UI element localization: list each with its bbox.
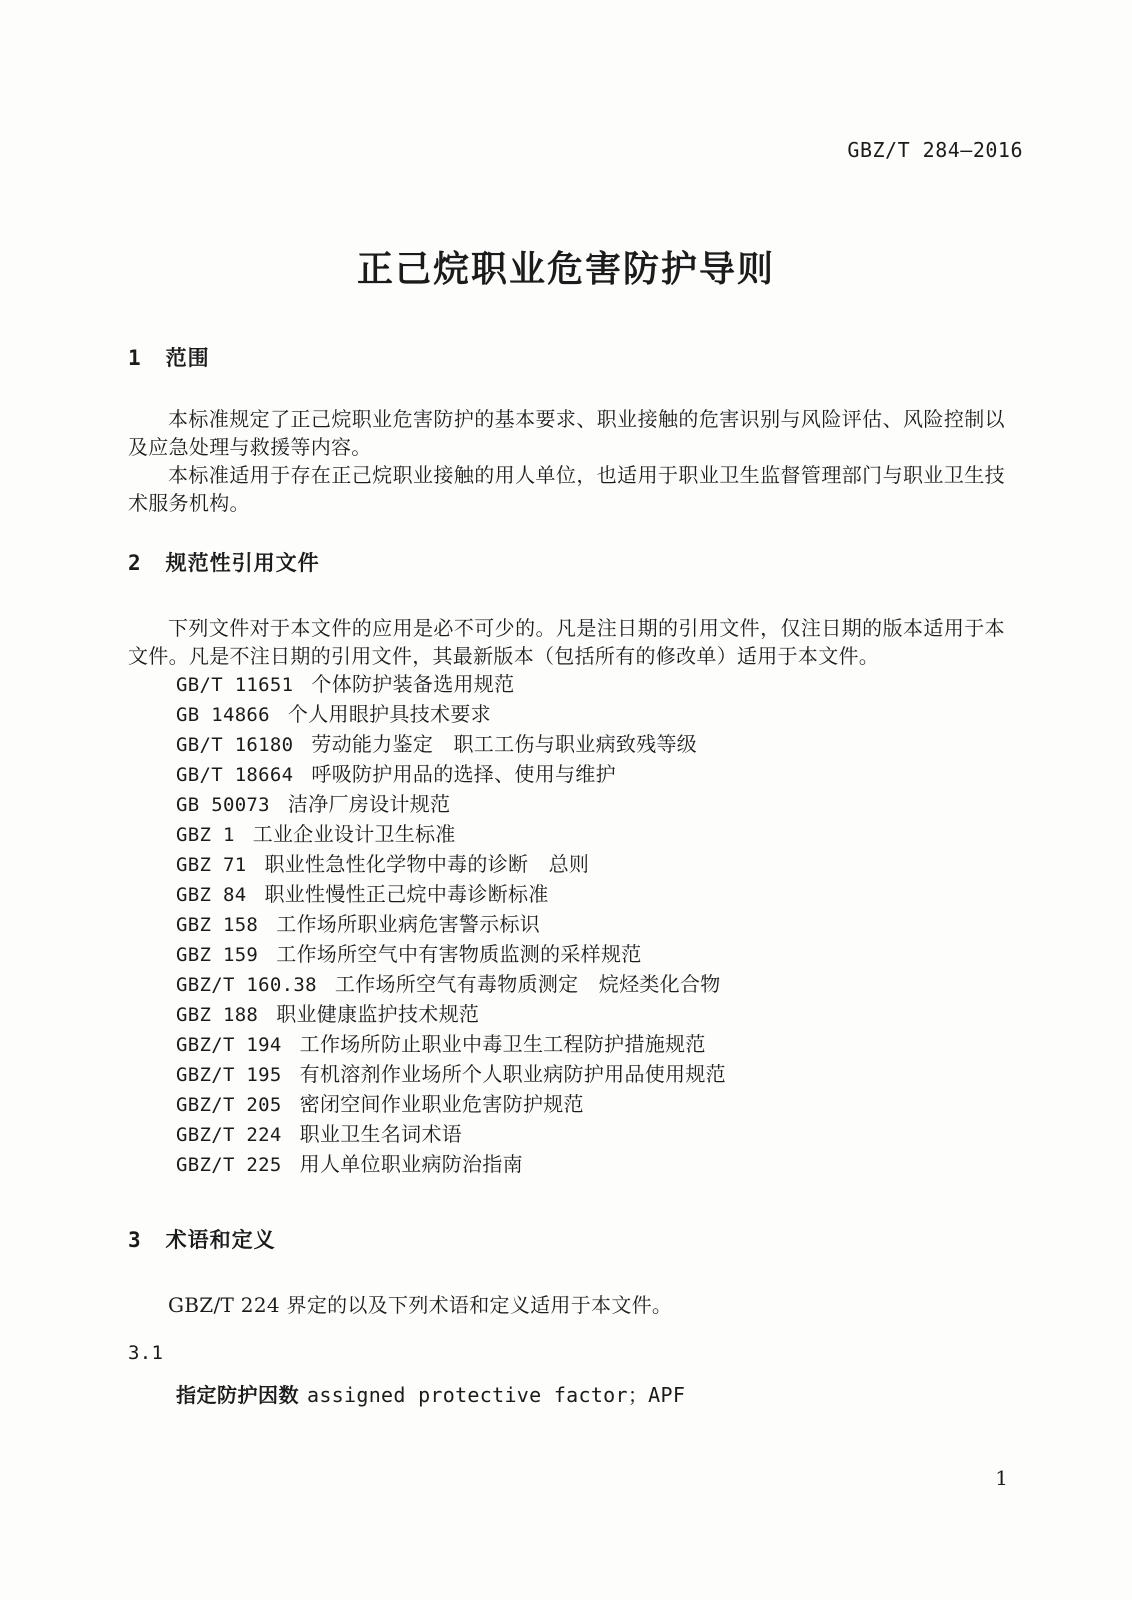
reference-item: GBZ/T 224职业卫生名词术语 bbox=[176, 1120, 1005, 1150]
reference-title: 洁净厂房设计规范 bbox=[288, 792, 450, 816]
reference-code: GBZ/T 205 bbox=[176, 1094, 282, 1116]
reference-item: GBZ/T 194工作场所防止职业中毒卫生工程防护措施规范 bbox=[176, 1030, 1005, 1060]
reference-item: GB/T 16180劳动能力鉴定 职工工伤与职业病致残等级 bbox=[176, 730, 1005, 760]
reference-code: GBZ/T 195 bbox=[176, 1064, 282, 1086]
section-3-heading: 3术语和定义 bbox=[128, 1226, 1005, 1255]
reference-item: GBZ 84职业性慢性正己烷中毒诊断标准 bbox=[176, 880, 1005, 910]
reference-title: 呼吸防护用品的选择、使用与维护 bbox=[311, 762, 616, 786]
standard-code: GBZ/T 284—2016 bbox=[847, 138, 1023, 162]
reference-code: GBZ 1 bbox=[176, 824, 235, 846]
reference-item: GBZ 188职业健康监护技术规范 bbox=[176, 1000, 1005, 1030]
reference-item: GBZ/T 160.38工作场所空气有毒物质测定 烷烃类化合物 bbox=[176, 970, 1005, 1000]
reference-title: 个人用眼护具技术要求 bbox=[288, 702, 491, 726]
section-1-heading: 1范围 bbox=[128, 344, 1005, 373]
reference-item: GB 14866个人用眼护具技术要求 bbox=[176, 700, 1005, 730]
reference-list: GB/T 11651个体防护装备选用规范 GB 14866个人用眼护具技术要求 … bbox=[128, 670, 1005, 1180]
reference-item: GBZ 1工业企业设计卫生标准 bbox=[176, 820, 1005, 850]
reference-title: 职业卫生名词术语 bbox=[300, 1122, 462, 1146]
term-chinese: 指定防护因数 bbox=[176, 1385, 299, 1407]
page-number: 1 bbox=[995, 1466, 1008, 1490]
reference-code: GB 14866 bbox=[176, 704, 270, 726]
clause-number-3-1: 3.1 bbox=[128, 1339, 1005, 1367]
section-3-number: 3 bbox=[128, 1228, 142, 1252]
reference-code: GB/T 16180 bbox=[176, 734, 293, 756]
reference-title: 个体防护装备选用规范 bbox=[311, 672, 514, 696]
reference-item: GB/T 11651个体防护装备选用规范 bbox=[176, 670, 1005, 700]
term-definition-line: 指定防护因数assigned protective factor；APF bbox=[128, 1381, 1005, 1410]
reference-title: 职业性急性化学物中毒的诊断 总则 bbox=[264, 852, 589, 876]
reference-code: GBZ 188 bbox=[176, 1004, 258, 1026]
reference-code: GBZ/T 224 bbox=[176, 1124, 282, 1146]
section-3-intro: GBZ/T 224 界定的以及下列术语和定义适用于本文件。 bbox=[128, 1291, 1005, 1319]
reference-code: GBZ/T 160.38 bbox=[176, 974, 317, 996]
section-1-title: 范围 bbox=[166, 347, 210, 370]
reference-title: 工作场所防止职业中毒卫生工程防护措施规范 bbox=[300, 1032, 706, 1056]
reference-item: GB/T 18664呼吸防护用品的选择、使用与维护 bbox=[176, 760, 1005, 790]
reference-code: GB/T 18664 bbox=[176, 764, 293, 786]
reference-title: 工作场所职业病危害警示标识 bbox=[276, 912, 540, 936]
reference-title: 职业健康监护技术规范 bbox=[276, 1002, 479, 1026]
reference-title: 有机溶剂作业场所个人职业病防护用品使用规范 bbox=[300, 1062, 726, 1086]
reference-title: 劳动能力鉴定 职工工伤与职业病致残等级 bbox=[311, 732, 697, 756]
reference-item: GBZ 159工作场所空气中有害物质监测的采样规范 bbox=[176, 940, 1005, 970]
reference-item: GBZ 71职业性急性化学物中毒的诊断 总则 bbox=[176, 850, 1005, 880]
reference-code: GBZ 159 bbox=[176, 944, 258, 966]
reference-item: GBZ/T 195有机溶剂作业场所个人职业病防护用品使用规范 bbox=[176, 1060, 1005, 1090]
reference-code: GB/T 11651 bbox=[176, 674, 293, 696]
section-1-paragraph-1: 本标准规定了正己烷职业危害防护的基本要求、职业接触的危害识别与风险评估、风险控制… bbox=[128, 405, 1005, 461]
section-1-number: 1 bbox=[128, 346, 142, 370]
reference-code: GBZ 158 bbox=[176, 914, 258, 936]
reference-title: 工作场所空气中有害物质监测的采样规范 bbox=[276, 942, 641, 966]
document-page: GBZ/T 284—2016 正己烷职业危害防护导则 1范围 本标准规定了正己烷… bbox=[0, 0, 1132, 1600]
reference-item: GBZ/T 225用人单位职业病防治指南 bbox=[176, 1150, 1005, 1180]
term-english: assigned protective factor；APF bbox=[307, 1383, 685, 1407]
reference-title: 工业企业设计卫生标准 bbox=[253, 822, 456, 846]
reference-code: GBZ/T 225 bbox=[176, 1154, 282, 1176]
reference-item: GBZ 158工作场所职业病危害警示标识 bbox=[176, 910, 1005, 940]
reference-code: GBZ 71 bbox=[176, 854, 246, 876]
reference-title: 用人单位职业病防治指南 bbox=[300, 1152, 523, 1176]
reference-code: GB 50073 bbox=[176, 794, 270, 816]
section-2-number: 2 bbox=[128, 551, 142, 575]
section-3-title: 术语和定义 bbox=[166, 1229, 276, 1252]
reference-title: 密闭空间作业职业危害防护规范 bbox=[300, 1092, 584, 1116]
reference-code: GBZ/T 194 bbox=[176, 1034, 282, 1056]
section-2-intro: 下列文件对于本文件的应用是必不可少的。凡是注日期的引用文件，仅注日期的版本适用于… bbox=[128, 614, 1005, 670]
section-2-heading: 2规范性引用文件 bbox=[128, 549, 1005, 578]
reference-title: 职业性慢性正己烷中毒诊断标准 bbox=[264, 882, 548, 906]
document-body: 1范围 本标准规定了正己烷职业危害防护的基本要求、职业接触的危害识别与风险评估、… bbox=[128, 344, 1005, 1410]
reference-item: GB 50073洁净厂房设计规范 bbox=[176, 790, 1005, 820]
reference-code: GBZ 84 bbox=[176, 884, 246, 906]
section-2-title: 规范性引用文件 bbox=[166, 552, 320, 575]
document-title: 正己烷职业危害防护导则 bbox=[0, 241, 1132, 292]
section-1-paragraph-2: 本标准适用于存在正己烷职业接触的用人单位，也适用于职业卫生监督管理部门与职业卫生… bbox=[128, 461, 1005, 517]
reference-item: GBZ/T 205密闭空间作业职业危害防护规范 bbox=[176, 1090, 1005, 1120]
reference-title: 工作场所空气有毒物质测定 烷烃类化合物 bbox=[335, 972, 721, 996]
